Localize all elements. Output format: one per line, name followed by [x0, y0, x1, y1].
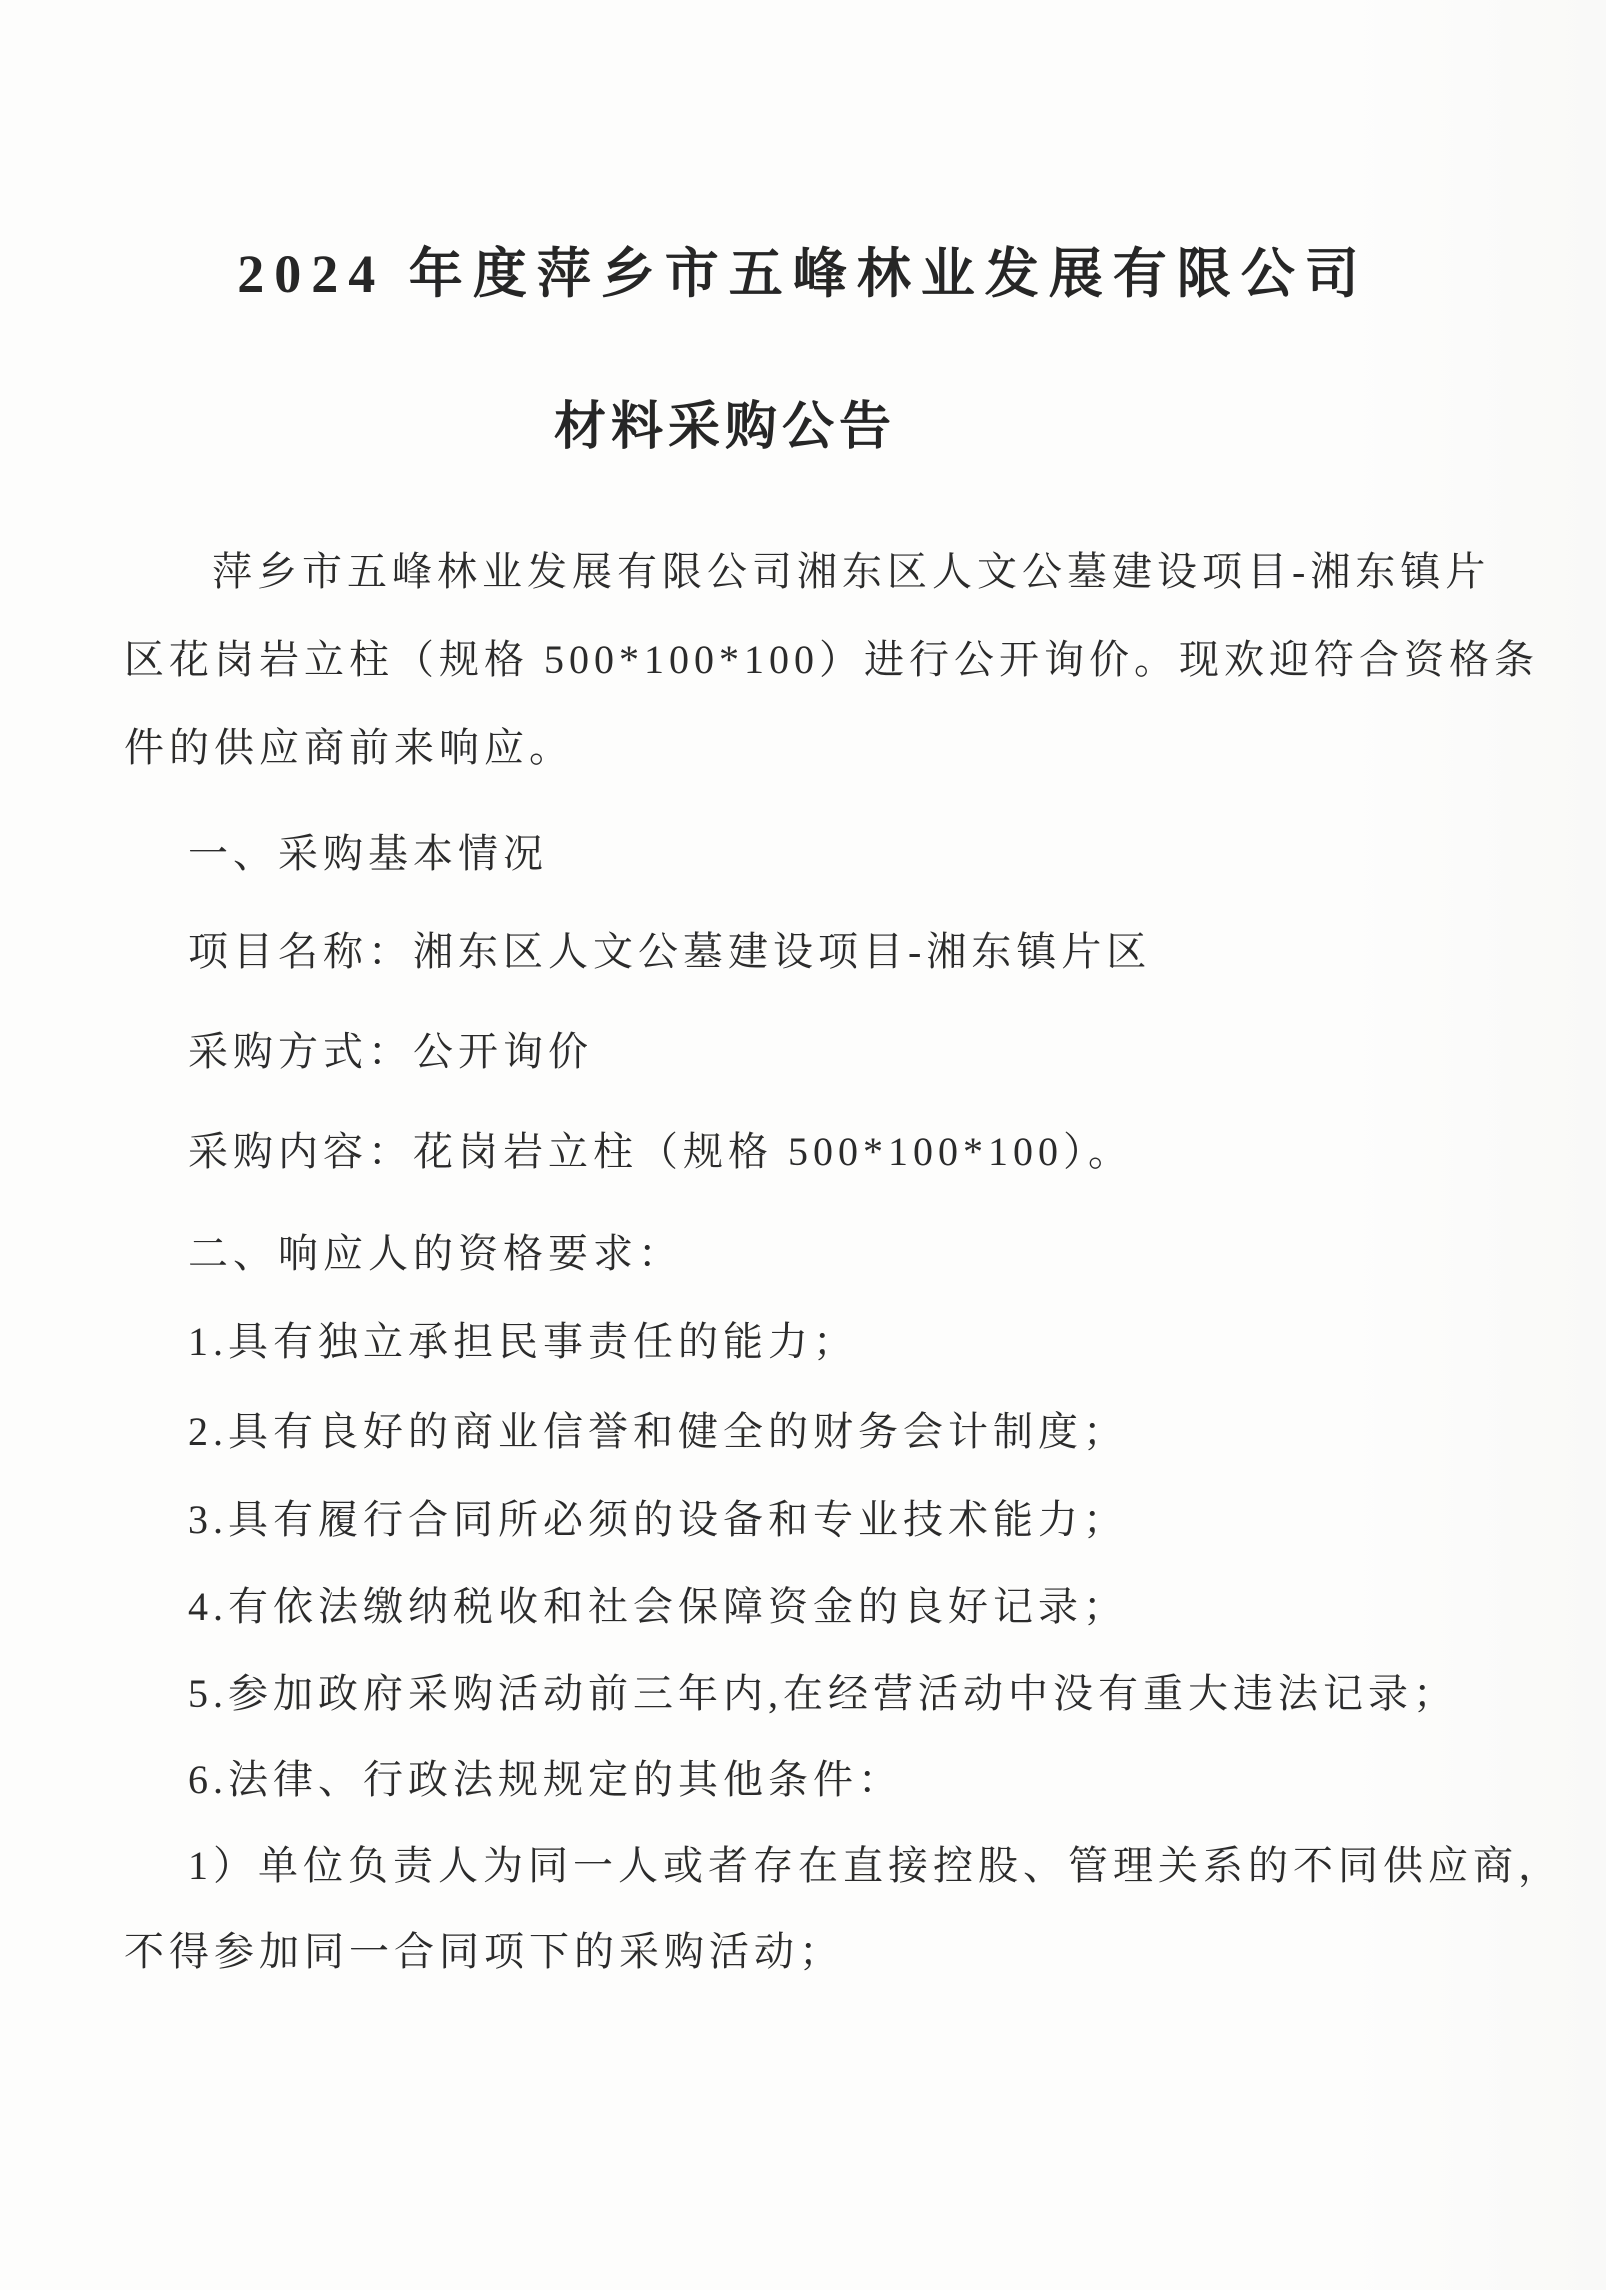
requirement-item-4: 4.有依法缴纳税收和社会保障资金的良好记录； [188, 1583, 1128, 1631]
document-title-line-1: 2024 年度萍乡市五峰林业发展有限公司 [0, 243, 1606, 305]
project-name-line: 项目名称：湘东区人文公墓建设项目-湘东镇片区 [188, 928, 1151, 976]
requirement-item-6: 6.法律、行政法规规定的其他条件： [188, 1756, 903, 1804]
document-title-line-2: 材料采购公告 [0, 398, 1528, 458]
intro-line-3: 件的供应商前来响应。 [124, 724, 574, 772]
sub-item-1-line-1: 1）单位负责人为同一人或者存在直接控股、管理关系的不同供应商， [188, 1842, 1563, 1890]
purchase-content-line: 采购内容：花岗岩立柱（规格 500*100*100）。 [188, 1128, 1133, 1176]
sub-item-1-line-2: 不得参加同一合同项下的采购活动； [124, 1928, 844, 1976]
intro-line-1: 萍乡市五峰林业发展有限公司湘东区人文公墓建设项目-湘东镇片 [212, 548, 1490, 596]
purchase-method-line: 采购方式：公开询价 [188, 1028, 593, 1076]
requirement-item-2: 2.具有良好的商业信誉和健全的财务会计制度； [188, 1408, 1128, 1456]
section1-heading: 一、采购基本情况 [188, 830, 548, 878]
requirement-item-5: 5.参加政府采购活动前三年内,在经营活动中没有重大违法记录； [188, 1670, 1458, 1718]
requirement-item-1: 1.具有独立承担民事责任的能力； [188, 1318, 858, 1366]
intro-line-2: 区花岗岩立柱（规格 500*100*100）进行公开询价。现欢迎符合资格条 [124, 636, 1539, 684]
requirement-item-3: 3.具有履行合同所必须的设备和专业技术能力； [188, 1496, 1128, 1544]
section2-heading: 二、响应人的资格要求： [188, 1230, 683, 1278]
document-page: 2024 年度萍乡市五峰林业发展有限公司 材料采购公告 萍乡市五峰林业发展有限公… [0, 0, 1606, 2290]
